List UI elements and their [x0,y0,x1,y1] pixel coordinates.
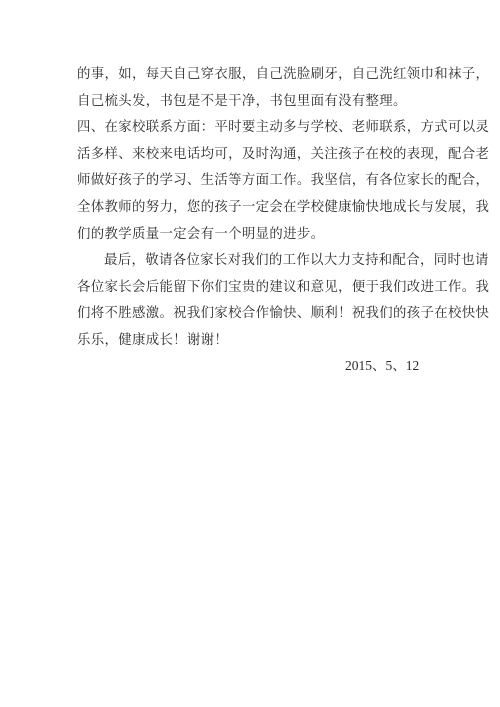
text-line: 们的教学质量一定会有一个明显的进步。 [77,222,433,249]
text-line: 师做好孩子的学习、生活等方面工作。我坚信，有各位家长的配合， [77,168,433,195]
text-line: 乐乐，健康成长！谢谢！ [77,328,433,355]
document-body: 的事，如，每天自己穿衣服，自己洗脸刷牙，自己洗红领巾和袜子， 自己梳头发，书包是… [77,62,433,355]
text-line: 的事，如，每天自己穿衣服，自己洗脸刷牙，自己洗红领巾和袜子， [77,62,433,89]
document-page: 的事，如，每天自己穿衣服，自己洗脸刷牙，自己洗红领巾和袜子， 自己梳头发，书包是… [0,0,500,707]
text-line: 活多样、来校来电话均可，及时沟通，关注孩子在校的表现，配合老 [77,142,433,169]
section-heading-line: 四、在家校联系方面：平时要主动多与学校、老师联系，方式可以灵 [77,115,433,142]
document-date: 2015、5、12 [345,353,419,379]
text-line: 们将不胜感激。祝我们家校合作愉快、顺利！祝我们的孩子在校快快 [77,301,433,328]
text-line: 各位家长会后能留下你们宝贵的建议和意见，便于我们改进工作。我 [77,275,433,302]
closing-first-line: 最后，敬请各位家长对我们的工作以大力支持和配合，同时也请 [77,248,433,275]
text-line: 自己梳头发，书包是不是干净，书包里面有没有整理。 [77,89,433,116]
text-line: 全体教师的努力，您的孩子一定会在学校健康愉快地成长与发展，我 [77,195,433,222]
